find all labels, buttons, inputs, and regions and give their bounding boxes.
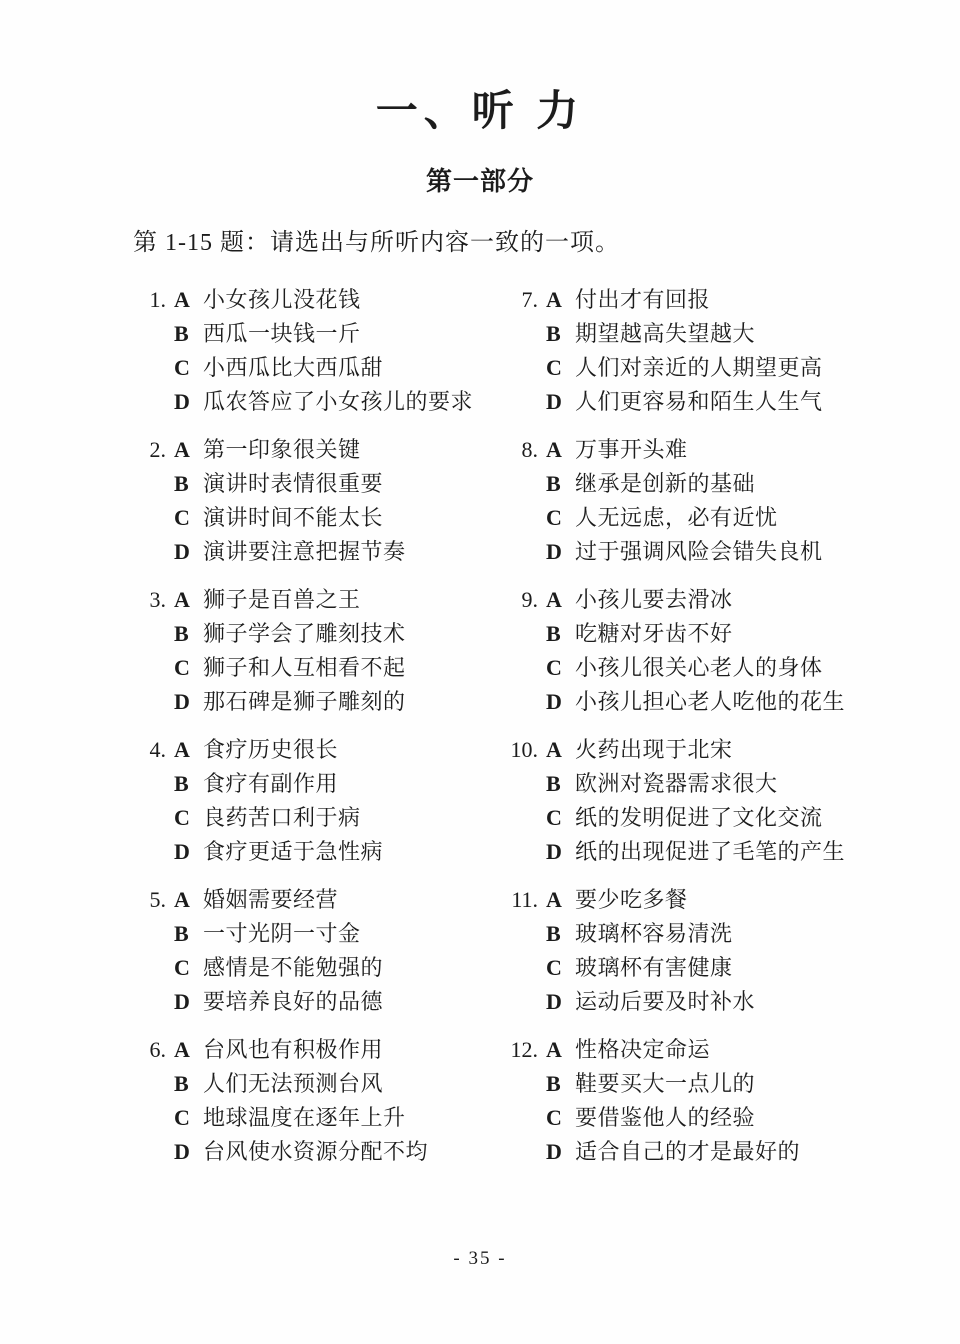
option-letter: C [174, 801, 191, 835]
option-row: C感情是不能勉强的 [174, 951, 505, 985]
option-row: C良药苦口利于病 [174, 801, 505, 835]
option-text: 要少吃多餐 [575, 883, 688, 917]
option-row: B人们无法预测台风 [174, 1067, 505, 1101]
option-letter: C [546, 501, 563, 535]
question-options: A台风也有积极作用B人们无法预测台风C地球温度在逐年上升D台风使水资源分配不均 [174, 1033, 505, 1169]
option-row: B欧洲对瓷器需求很大 [546, 767, 960, 801]
question-block: 4. A食疗历史很长B食疗有副作用C良药苦口利于病D食疗更适于急性病 [133, 733, 505, 869]
option-row: B鞋要买大一点儿的 [546, 1067, 960, 1101]
option-text: 玻璃杯有害健康 [575, 951, 733, 985]
option-row: B食疗有副作用 [174, 767, 505, 801]
option-row: A婚姻需要经营 [174, 883, 505, 917]
option-text: 瓜农答应了小女孩儿的要求 [203, 385, 473, 419]
option-letter: C [174, 1101, 191, 1135]
option-letter: C [546, 351, 563, 385]
option-row: A万事开头难 [546, 433, 960, 467]
option-letter: C [174, 651, 191, 685]
page-title: 一、听 力 [0, 0, 960, 139]
option-letter: D [174, 385, 191, 419]
option-row: B狮子学会了雕刻技术 [174, 617, 505, 651]
option-text: 小孩儿要去滑冰 [575, 583, 733, 617]
option-text: 期望越高失望越大 [575, 317, 755, 351]
option-row: C纸的发明促进了文化交流 [546, 801, 960, 835]
option-row: D人们更容易和陌生人生气 [546, 385, 960, 419]
questions-column-right: 7. A付出才有回报B期望越高失望越大C人们对亲近的人期望更高D人们更容易和陌生… [505, 283, 960, 1183]
option-row: A要少吃多餐 [546, 883, 960, 917]
option-row: A狮子是百兽之王 [174, 583, 505, 617]
option-text: 良药苦口利于病 [203, 801, 361, 835]
question-number: 7. [505, 283, 538, 419]
option-text: 小孩儿担心老人吃他的花生 [575, 685, 845, 719]
option-letter: A [546, 733, 563, 767]
question-options: A万事开头难B继承是创新的基础C人无远虑，必有近忧D过于强调风险会错失良机 [546, 433, 960, 569]
option-text: 狮子是百兽之王 [203, 583, 361, 617]
option-letter: B [546, 467, 563, 501]
option-row: B期望越高失望越大 [546, 317, 960, 351]
question-block: 3. A狮子是百兽之王B狮子学会了雕刻技术C狮子和人互相看不起D那石碑是狮子雕刻… [133, 583, 505, 719]
question-options: A性格决定命运B鞋要买大一点儿的C要借鉴他人的经验D适合自己的才是最好的 [546, 1033, 960, 1169]
option-letter: D [174, 535, 191, 569]
option-row: B吃糖对牙齿不好 [546, 617, 960, 651]
option-text: 演讲要注意把握节奏 [203, 535, 406, 569]
option-letter: B [546, 1067, 563, 1101]
option-letter: B [174, 767, 191, 801]
option-letter: C [546, 801, 563, 835]
option-letter: D [546, 685, 563, 719]
question-block: 1. A小女孩儿没花钱B西瓜一块钱一斤C小西瓜比大西瓜甜D瓜农答应了小女孩儿的要… [133, 283, 505, 419]
option-letter: B [174, 617, 191, 651]
option-letter: D [174, 985, 191, 1019]
option-text: 西瓜一块钱一斤 [203, 317, 361, 351]
question-number: 12. [505, 1033, 538, 1169]
page-number: - 35 - [0, 1248, 960, 1270]
option-text: 台风也有积极作用 [203, 1033, 383, 1067]
option-row: C要借鉴他人的经验 [546, 1101, 960, 1135]
question-options: A小女孩儿没花钱B西瓜一块钱一斤C小西瓜比大西瓜甜D瓜农答应了小女孩儿的要求 [174, 283, 505, 419]
option-letter: D [174, 1135, 191, 1169]
option-row: C小西瓜比大西瓜甜 [174, 351, 505, 385]
question-number: 9. [505, 583, 538, 719]
option-text: 玻璃杯容易清洗 [575, 917, 733, 951]
option-row: D食疗更适于急性病 [174, 835, 505, 869]
option-text: 食疗更适于急性病 [203, 835, 383, 869]
option-row: D适合自己的才是最好的 [546, 1135, 960, 1169]
option-text: 人们无法预测台风 [203, 1067, 383, 1101]
option-row: D那石碑是狮子雕刻的 [174, 685, 505, 719]
question-block: 5. A婚姻需要经营B一寸光阴一寸金C感情是不能勉强的D要培养良好的品德 [133, 883, 505, 1019]
option-text: 人们更容易和陌生人生气 [575, 385, 823, 419]
option-letter: B [174, 317, 191, 351]
question-options: A付出才有回报B期望越高失望越大C人们对亲近的人期望更高D人们更容易和陌生人生气 [546, 283, 960, 419]
option-text: 吃糖对牙齿不好 [575, 617, 733, 651]
question-number: 10. [505, 733, 538, 869]
option-text: 小西瓜比大西瓜甜 [203, 351, 383, 385]
option-letter: A [174, 583, 191, 617]
question-number: 6. [133, 1033, 166, 1169]
option-letter: D [546, 985, 563, 1019]
question-number: 11. [505, 883, 538, 1019]
option-text: 食疗有副作用 [203, 767, 338, 801]
option-row: C地球温度在逐年上升 [174, 1101, 505, 1135]
option-letter: A [546, 1033, 563, 1067]
option-letter: A [174, 883, 191, 917]
option-text: 运动后要及时补水 [575, 985, 755, 1019]
option-text: 要培养良好的品德 [203, 985, 383, 1019]
option-row: B继承是创新的基础 [546, 467, 960, 501]
option-text: 适合自己的才是最好的 [575, 1135, 800, 1169]
question-number: 2. [133, 433, 166, 569]
question-block: 8. A万事开头难B继承是创新的基础C人无远虑，必有近忧D过于强调风险会错失良机 [505, 433, 960, 569]
option-row: C演讲时间不能太长 [174, 501, 505, 535]
questions-grid: 1. A小女孩儿没花钱B西瓜一块钱一斤C小西瓜比大西瓜甜D瓜农答应了小女孩儿的要… [0, 283, 960, 1183]
option-row: D运动后要及时补水 [546, 985, 960, 1019]
option-text: 第一印象很关键 [203, 433, 361, 467]
question-options: A小孩儿要去滑冰B吃糖对牙齿不好C小孩儿很关心老人的身体D小孩儿担心老人吃他的花… [546, 583, 960, 719]
option-letter: C [546, 951, 563, 985]
option-letter: B [174, 1067, 191, 1101]
question-options: A第一印象很关键B演讲时表情很重要C演讲时间不能太长D演讲要注意把握节奏 [174, 433, 505, 569]
option-letter: D [174, 685, 191, 719]
option-row: A性格决定命运 [546, 1033, 960, 1067]
option-row: C人们对亲近的人期望更高 [546, 351, 960, 385]
option-text: 万事开头难 [575, 433, 688, 467]
question-number: 4. [133, 733, 166, 869]
option-letter: B [174, 467, 191, 501]
option-letter: A [174, 433, 191, 467]
option-row: C小孩儿很关心老人的身体 [546, 651, 960, 685]
option-letter: D [546, 535, 563, 569]
question-options: A狮子是百兽之王B狮子学会了雕刻技术C狮子和人互相看不起D那石碑是狮子雕刻的 [174, 583, 505, 719]
option-row: A食疗历史很长 [174, 733, 505, 767]
option-text: 台风使水资源分配不均 [203, 1135, 428, 1169]
option-letter: A [546, 283, 563, 317]
question-block: 10. A火药出现于北宋B欧洲对瓷器需求很大C纸的发明促进了文化交流D纸的出现促… [505, 733, 960, 869]
option-letter: A [546, 583, 563, 617]
option-text: 感情是不能勉强的 [203, 951, 383, 985]
option-letter: D [546, 385, 563, 419]
questions-column-left: 1. A小女孩儿没花钱B西瓜一块钱一斤C小西瓜比大西瓜甜D瓜农答应了小女孩儿的要… [133, 283, 505, 1183]
option-letter: B [546, 917, 563, 951]
option-text: 演讲时表情很重要 [203, 467, 383, 501]
option-text: 继承是创新的基础 [575, 467, 755, 501]
option-letter: B [546, 767, 563, 801]
option-text: 欧洲对瓷器需求很大 [575, 767, 778, 801]
option-row: A台风也有积极作用 [174, 1033, 505, 1067]
option-letter: C [546, 1101, 563, 1135]
option-row: D台风使水资源分配不均 [174, 1135, 505, 1169]
option-letter: A [174, 733, 191, 767]
option-text: 食疗历史很长 [203, 733, 338, 767]
option-row: D演讲要注意把握节奏 [174, 535, 505, 569]
option-letter: B [174, 917, 191, 951]
option-letter: C [174, 951, 191, 985]
question-options: A火药出现于北宋B欧洲对瓷器需求很大C纸的发明促进了文化交流D纸的出现促进了毛笔… [546, 733, 960, 869]
option-text: 鞋要买大一点儿的 [575, 1067, 755, 1101]
option-text: 过于强调风险会错失良机 [575, 535, 823, 569]
option-text: 地球温度在逐年上升 [203, 1101, 406, 1135]
question-options: A食疗历史很长B食疗有副作用C良药苦口利于病D食疗更适于急性病 [174, 733, 505, 869]
option-row: B演讲时表情很重要 [174, 467, 505, 501]
option-text: 狮子学会了雕刻技术 [203, 617, 406, 651]
option-row: A小孩儿要去滑冰 [546, 583, 960, 617]
option-row: C玻璃杯有害健康 [546, 951, 960, 985]
option-row: B玻璃杯容易清洗 [546, 917, 960, 951]
question-block: 12. A性格决定命运B鞋要买大一点儿的C要借鉴他人的经验D适合自己的才是最好的 [505, 1033, 960, 1169]
option-row: C狮子和人互相看不起 [174, 651, 505, 685]
option-row: D纸的出现促进了毛笔的产生 [546, 835, 960, 869]
option-letter: A [174, 283, 191, 317]
question-block: 9. A小孩儿要去滑冰B吃糖对牙齿不好C小孩儿很关心老人的身体D小孩儿担心老人吃… [505, 583, 960, 719]
option-row: B西瓜一块钱一斤 [174, 317, 505, 351]
option-letter: C [174, 351, 191, 385]
instruction-text: 第 1-15 题：请选出与所听内容一致的一项。 [0, 222, 960, 257]
option-text: 婚姻需要经营 [203, 883, 338, 917]
question-block: 7. A付出才有回报B期望越高失望越大C人们对亲近的人期望更高D人们更容易和陌生… [505, 283, 960, 419]
option-letter: D [546, 835, 563, 869]
option-text: 人们对亲近的人期望更高 [575, 351, 823, 385]
option-text: 一寸光阴一寸金 [203, 917, 361, 951]
question-block: 11. A要少吃多餐B玻璃杯容易清洗C玻璃杯有害健康D运动后要及时补水 [505, 883, 960, 1019]
question-number: 3. [133, 583, 166, 719]
option-letter: C [546, 651, 563, 685]
option-text: 演讲时间不能太长 [203, 501, 383, 535]
option-text: 性格决定命运 [575, 1033, 710, 1067]
option-letter: C [174, 501, 191, 535]
option-text: 付出才有回报 [575, 283, 710, 317]
option-row: D瓜农答应了小女孩儿的要求 [174, 385, 505, 419]
question-block: 6. A台风也有积极作用B人们无法预测台风C地球温度在逐年上升D台风使水资源分配… [133, 1033, 505, 1169]
option-text: 狮子和人互相看不起 [203, 651, 406, 685]
option-letter: A [546, 883, 563, 917]
option-text: 纸的发明促进了文化交流 [575, 801, 823, 835]
option-text: 纸的出现促进了毛笔的产生 [575, 835, 845, 869]
question-number: 8. [505, 433, 538, 569]
option-text: 那石碑是狮子雕刻的 [203, 685, 406, 719]
option-text: 要借鉴他人的经验 [575, 1101, 755, 1135]
option-row: A小女孩儿没花钱 [174, 283, 505, 317]
option-letter: B [546, 317, 563, 351]
option-letter: B [546, 617, 563, 651]
option-row: D小孩儿担心老人吃他的花生 [546, 685, 960, 719]
option-text: 小孩儿很关心老人的身体 [575, 651, 823, 685]
option-text: 人无远虑，必有近忧 [575, 501, 778, 535]
option-row: C人无远虑，必有近忧 [546, 501, 960, 535]
option-row: D要培养良好的品德 [174, 985, 505, 1019]
question-block: 2. A第一印象很关键B演讲时表情很重要C演讲时间不能太长D演讲要注意把握节奏 [133, 433, 505, 569]
option-row: A第一印象很关键 [174, 433, 505, 467]
question-options: A要少吃多餐B玻璃杯容易清洗C玻璃杯有害健康D运动后要及时补水 [546, 883, 960, 1019]
option-letter: A [174, 1033, 191, 1067]
question-number: 5. [133, 883, 166, 1019]
question-number: 1. [133, 283, 166, 419]
section-title: 第一部分 [0, 161, 960, 198]
option-text: 小女孩儿没花钱 [203, 283, 361, 317]
exam-page: 一、听 力 第一部分 第 1-15 题：请选出与所听内容一致的一项。 1. A小… [0, 0, 960, 1344]
option-text: 火药出现于北宋 [575, 733, 733, 767]
option-row: A火药出现于北宋 [546, 733, 960, 767]
option-row: A付出才有回报 [546, 283, 960, 317]
option-row: B一寸光阴一寸金 [174, 917, 505, 951]
option-letter: D [174, 835, 191, 869]
option-letter: A [546, 433, 563, 467]
option-letter: D [546, 1135, 563, 1169]
question-options: A婚姻需要经营B一寸光阴一寸金C感情是不能勉强的D要培养良好的品德 [174, 883, 505, 1019]
option-row: D过于强调风险会错失良机 [546, 535, 960, 569]
